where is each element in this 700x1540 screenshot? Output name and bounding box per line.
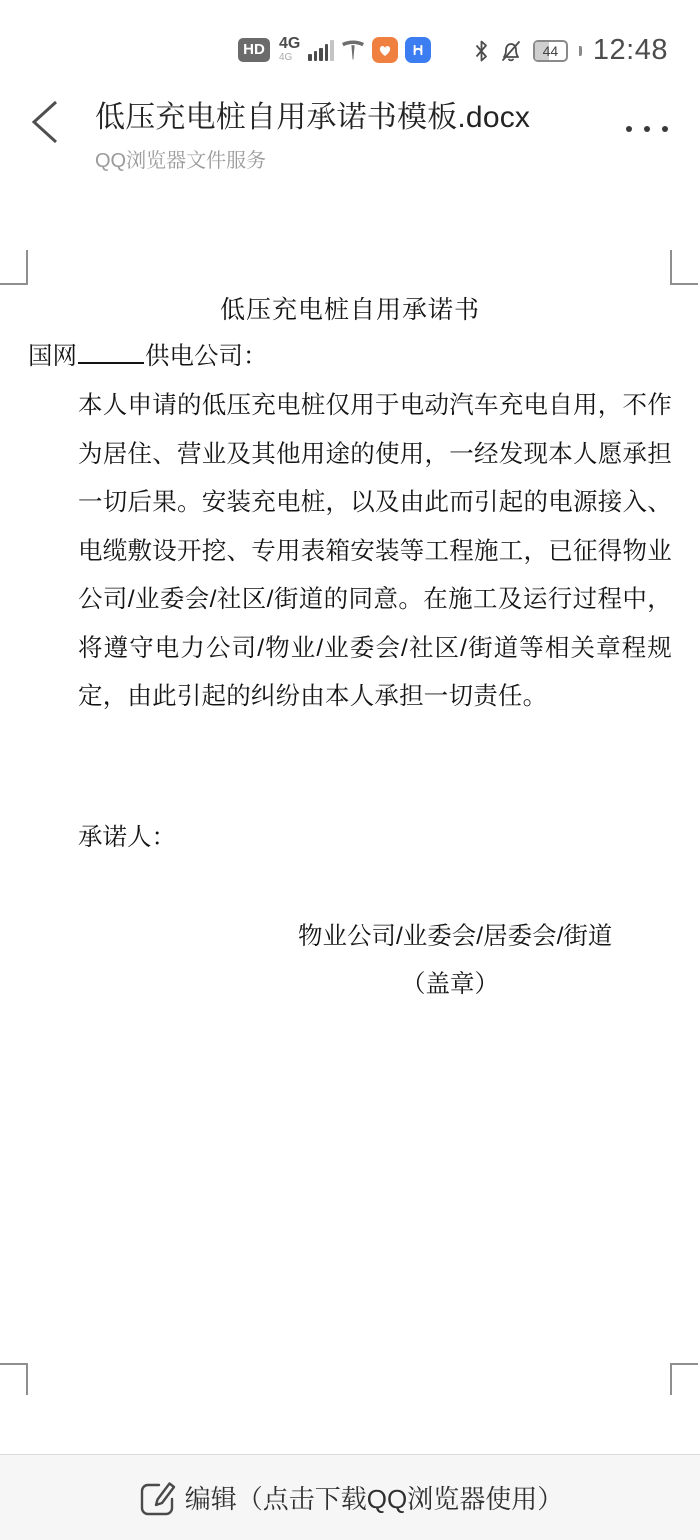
edit-bottom-bar[interactable]: 编辑（点击下载QQ浏览器使用） <box>0 1454 700 1540</box>
edit-icon <box>137 1478 177 1518</box>
addressee-line: 国网供电公司： <box>28 333 268 382</box>
clock-label: 12:48 <box>593 34 668 67</box>
back-button[interactable] <box>22 96 70 148</box>
network-sub-label: 4G <box>279 53 292 63</box>
file-title: 低压充电桩自用承诺书模板.docx <box>95 92 610 136</box>
edit-bar-label: 编辑（点击下载QQ浏览器使用） <box>185 1479 563 1516</box>
blank-underline <box>78 334 144 364</box>
status-right-cluster: 44 12:48 <box>474 34 668 67</box>
document-title: 低压充电桩自用承诺书 <box>0 286 700 335</box>
status-bar: HD 4G 4G <box>0 0 700 70</box>
status-left-cluster: HD 4G 4G <box>238 36 431 63</box>
organization-line: 物业公司/业委会/居委会/街道 <box>298 913 612 962</box>
signal-bars-icon <box>308 39 334 61</box>
bluetooth-icon <box>474 38 489 64</box>
page-corner-top-left <box>0 250 28 285</box>
assistant-app-icon <box>405 37 431 63</box>
page-corner-bottom-left <box>0 1363 28 1395</box>
battery-icon: 44 <box>533 40 568 62</box>
network-indicator: 4G 4G <box>279 36 300 63</box>
document-header: 低压充电桩自用承诺书模板.docx QQ浏览器文件服务 <box>0 84 700 172</box>
tesla-app-icon <box>341 38 365 62</box>
signer-label: 承诺人： <box>78 814 176 863</box>
battery-cap <box>579 46 582 56</box>
addressee-suffix: 供电公司： <box>145 343 268 370</box>
more-menu-icon[interactable] <box>620 120 674 138</box>
commitment-body-paragraph: 本人申请的低压充电桩仅用于电动汽车充电自用，不作为居住、营业及其他用途的使用，一… <box>78 382 672 722</box>
phone-screen: HD 4G 4G <box>0 0 700 1540</box>
page-corner-bottom-right <box>670 1363 698 1395</box>
addressee-prefix: 国网 <box>28 343 77 370</box>
document-viewport[interactable]: 低压充电桩自用承诺书 国网供电公司： 本人申请的低压充电桩仅用于电动汽车充电自用… <box>0 173 700 1454</box>
health-app-icon <box>372 37 398 63</box>
hd-badge-icon: HD <box>238 38 270 62</box>
page-corner-top-right <box>670 250 698 285</box>
file-source-label: QQ浏览器文件服务 <box>95 144 610 173</box>
notifications-muted-icon <box>498 38 524 64</box>
battery-level-label: 44 <box>543 43 559 59</box>
seal-line: （盖章） <box>300 961 600 1010</box>
file-title-block: 低压充电桩自用承诺书模板.docx QQ浏览器文件服务 <box>95 92 610 173</box>
network-type-label: 4G <box>279 36 300 52</box>
